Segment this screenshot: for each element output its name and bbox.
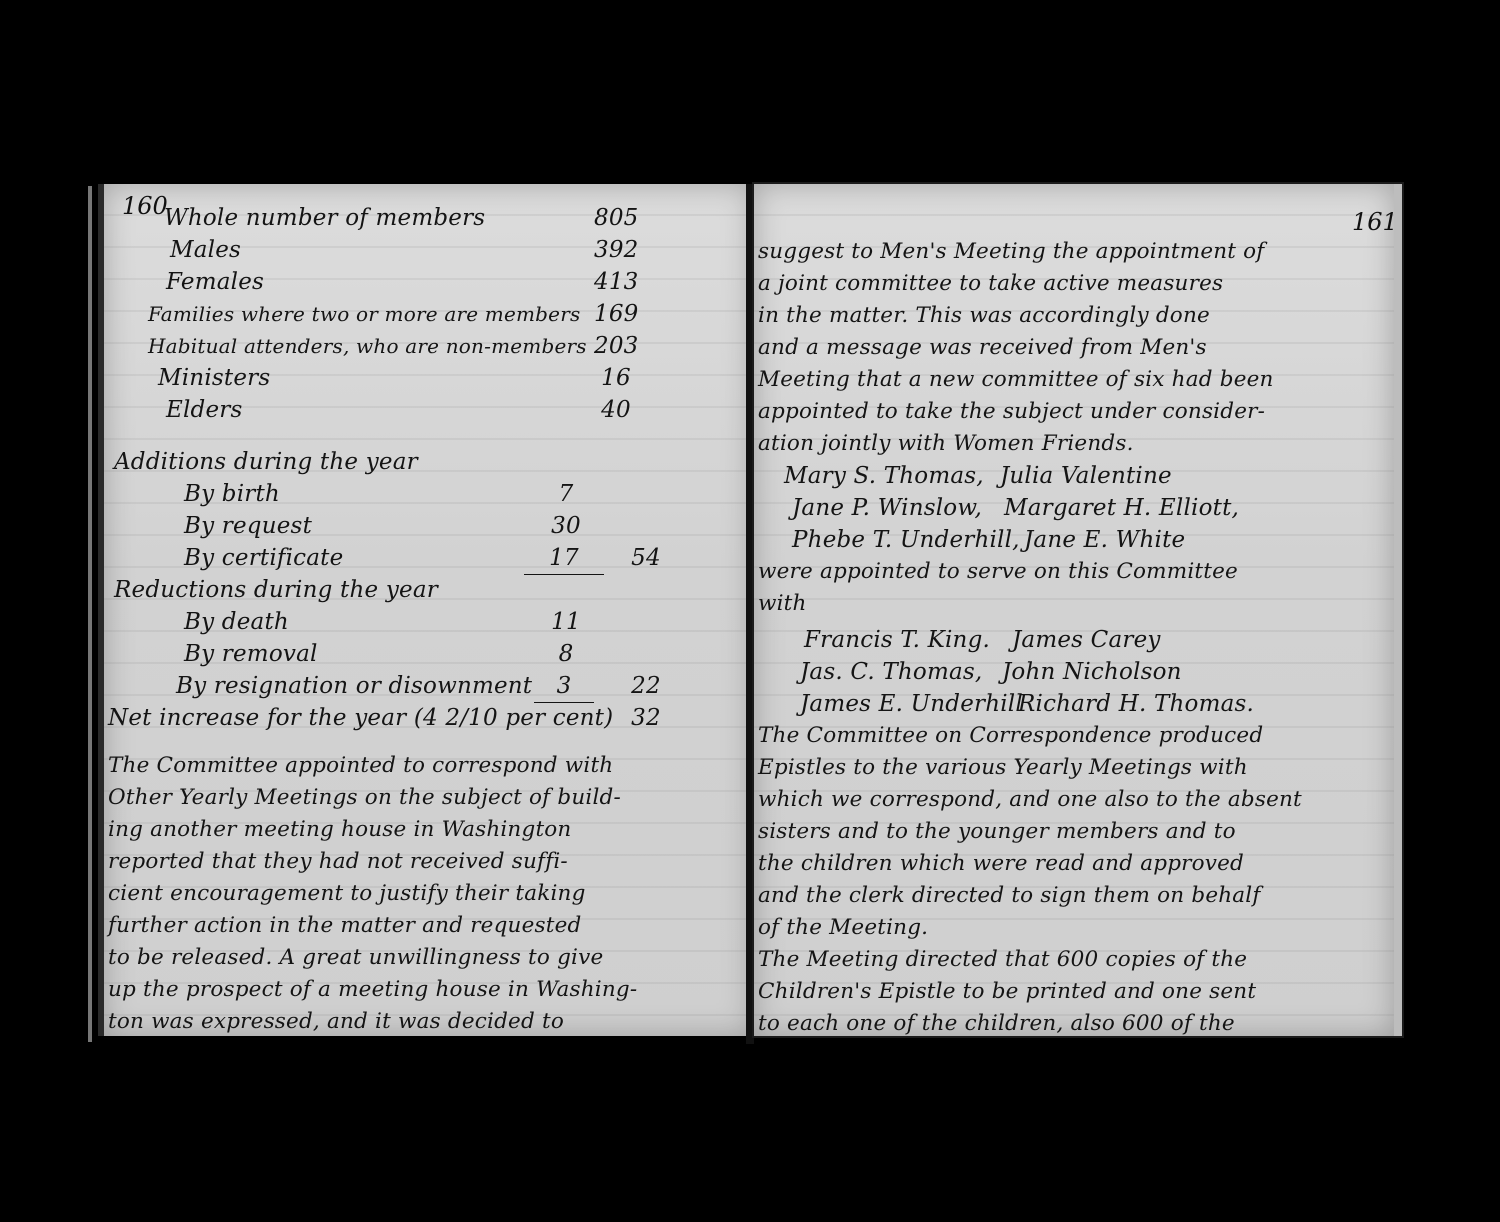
book-edge [88, 186, 92, 1042]
name-row: Phebe T. Underhill, Jane E. White [754, 524, 1394, 556]
reduction-row: By death 11 [104, 606, 664, 638]
text-line: sisters and to the younger members and t… [758, 816, 1302, 848]
addition-label: By request [184, 510, 312, 542]
name-row: James E. Underhill Richard H. Thomas. [754, 688, 1394, 720]
committee-member: Jane E. White [1024, 524, 1185, 556]
stat-label: Habitual attenders, who are non-members [148, 330, 587, 362]
stat-row: Males 392 [104, 234, 664, 266]
book-gutter [746, 184, 754, 1044]
reduction-value: 11 [544, 606, 588, 638]
text-line: The Meeting directed that 600 copies of … [758, 944, 1256, 976]
net-increase-value: 32 [624, 702, 668, 734]
addition-row: By request 30 [104, 510, 664, 542]
text-line: and the clerk directed to sign them on b… [758, 880, 1302, 912]
reduction-label: By resignation or disownment [176, 670, 532, 702]
reduction-row: By resignation or disownment 3 22 [104, 670, 664, 702]
text-line: of the Meeting. [758, 912, 1302, 944]
stat-value: 203 [594, 330, 638, 362]
stat-value: 392 [594, 234, 638, 266]
stat-value: 169 [594, 298, 638, 330]
text-line: ation jointly with Women Friends. [758, 428, 1274, 460]
building-committee-paragraph: The Committee appointed to correspond wi… [108, 750, 637, 1036]
text-line: which we correspond, and one also to the… [758, 784, 1302, 816]
text-line: further action in the matter and request… [108, 910, 637, 942]
stat-value: 413 [594, 266, 638, 298]
additions-heading: Additions during the year [114, 446, 418, 478]
stat-label: Males [170, 234, 241, 266]
stat-label: Ministers [158, 362, 270, 394]
text-line: suggest to Men's Meeting the appointment… [758, 236, 1274, 268]
reductions-total: 22 [624, 670, 668, 702]
page-number-right: 161 [1352, 208, 1398, 236]
stat-row: Habitual attenders, who are non-members … [104, 330, 664, 362]
epistle-printing-paragraph: The Meeting directed that 600 copies of … [758, 944, 1256, 1036]
text-line: ton was expressed, and it was decided to [108, 1006, 637, 1036]
name-row: Jas. C. Thomas, John Nicholson [754, 656, 1394, 688]
text-line: ing another meeting house in Washington [108, 814, 637, 846]
women-committee-list: Mary S. Thomas, Julia Valentine Jane P. … [754, 460, 1394, 556]
men-committee-list: Francis T. King. James Carey Jas. C. Tho… [754, 624, 1394, 720]
name-row: Jane P. Winslow, Margaret H. Elliott, [754, 492, 1394, 524]
right-page: 161 suggest to Men's Meeting the appoint… [754, 184, 1402, 1036]
stat-label: Elders [166, 394, 242, 426]
addition-row: By birth 7 [104, 478, 664, 510]
text-line: cient encouragement to justify their tak… [108, 878, 637, 910]
joint-committee-paragraph: suggest to Men's Meeting the appointment… [758, 236, 1274, 460]
reduction-row: By removal 8 [104, 638, 664, 670]
text-line: up the prospect of a meeting house in Wa… [108, 974, 637, 1006]
stat-label: Families where two or more are members [148, 298, 580, 330]
text-line: with [758, 588, 1238, 620]
reduction-label: By removal [184, 638, 318, 670]
text-line: Children's Epistle to be printed and one… [758, 976, 1256, 1008]
text-line: the children which were read and approve… [758, 848, 1302, 880]
membership-statistics: Whole number of members 805 Males 392 Fe… [104, 202, 744, 442]
committee-member: John Nicholson [1002, 656, 1182, 688]
text-line: The Committee appointed to correspond wi… [108, 750, 637, 782]
committee-member: Julia Valentine [1000, 460, 1172, 492]
text-line: The Committee on Correspondence produced [758, 720, 1302, 752]
reduction-value: 8 [544, 638, 588, 670]
stat-label: Whole number of members [164, 202, 485, 234]
addition-value: 7 [544, 478, 588, 510]
net-increase-row: Net increase for the year (4 2/10 per ce… [104, 702, 744, 734]
text-line: to each one of the children, also 600 of… [758, 1008, 1256, 1036]
additions-reductions: Additions during the year By birth 7 By … [104, 446, 744, 706]
stat-value: 40 [594, 394, 638, 426]
committee-member: Francis T. King. [804, 624, 990, 656]
reduction-value: 3 [534, 670, 594, 703]
stat-row: Families where two or more are members 1… [104, 298, 664, 330]
text-line: Meeting that a new committee of six had … [758, 364, 1274, 396]
stat-row: Ministers 16 [104, 362, 664, 394]
committee-member: Jane P. Winslow, [792, 492, 982, 524]
additions-heading-row: Additions during the year [104, 446, 664, 478]
text-line: reported that they had not received suff… [108, 846, 637, 878]
addition-label: By certificate [184, 542, 343, 574]
appointed-paragraph: were appointed to serve on this Committe… [758, 556, 1238, 620]
name-row: Francis T. King. James Carey [754, 624, 1394, 656]
stat-row: Elders 40 [104, 394, 664, 426]
addition-row: By certificate 17 54 [104, 542, 664, 574]
committee-member: Phebe T. Underhill, [792, 524, 1020, 556]
net-increase-label: Net increase for the year (4 2/10 per ce… [108, 702, 613, 734]
text-line: Epistles to the various Yearly Meetings … [758, 752, 1302, 784]
reduction-label: By death [184, 606, 289, 638]
committee-member: James Carey [1012, 624, 1161, 656]
text-line: a joint committee to take active measure… [758, 268, 1274, 300]
correspondence-paragraph: The Committee on Correspondence produced… [758, 720, 1302, 944]
committee-member: Richard H. Thomas. [1018, 688, 1254, 720]
stat-value: 16 [594, 362, 638, 394]
text-line: in the matter. This was accordingly done [758, 300, 1274, 332]
addition-value: 17 [524, 542, 604, 575]
stat-label: Females [166, 266, 264, 298]
text-line: Other Yearly Meetings on the subject of … [108, 782, 637, 814]
committee-member: Mary S. Thomas, [784, 460, 984, 492]
reductions-heading: Reductions during the year [114, 574, 438, 606]
net-increase: Net increase for the year (4 2/10 per ce… [104, 702, 664, 734]
additions-total: 54 [624, 542, 668, 574]
committee-member: Margaret H. Elliott, [1004, 492, 1239, 524]
committee-member: Jas. C. Thomas, [800, 656, 982, 688]
reductions-heading-row: Reductions during the year [104, 574, 664, 606]
left-page: 160 Whole number of members 805 Males 39… [98, 184, 752, 1036]
stat-row: Whole number of members 805 [104, 202, 664, 234]
addition-value: 30 [544, 510, 588, 542]
committee-member: James E. Underhill [800, 688, 1023, 720]
stat-row: Females 413 [104, 266, 664, 298]
book-spread: 160 Whole number of members 805 Males 39… [92, 184, 1414, 1044]
stat-value: 805 [594, 202, 638, 234]
text-line: and a message was received from Men's [758, 332, 1274, 364]
text-line: were appointed to serve on this Committe… [758, 556, 1238, 588]
addition-label: By birth [184, 478, 280, 510]
text-line: appointed to take the subject under cons… [758, 396, 1274, 428]
name-row: Mary S. Thomas, Julia Valentine [754, 460, 1394, 492]
text-line: to be released. A great unwillingness to… [108, 942, 637, 974]
